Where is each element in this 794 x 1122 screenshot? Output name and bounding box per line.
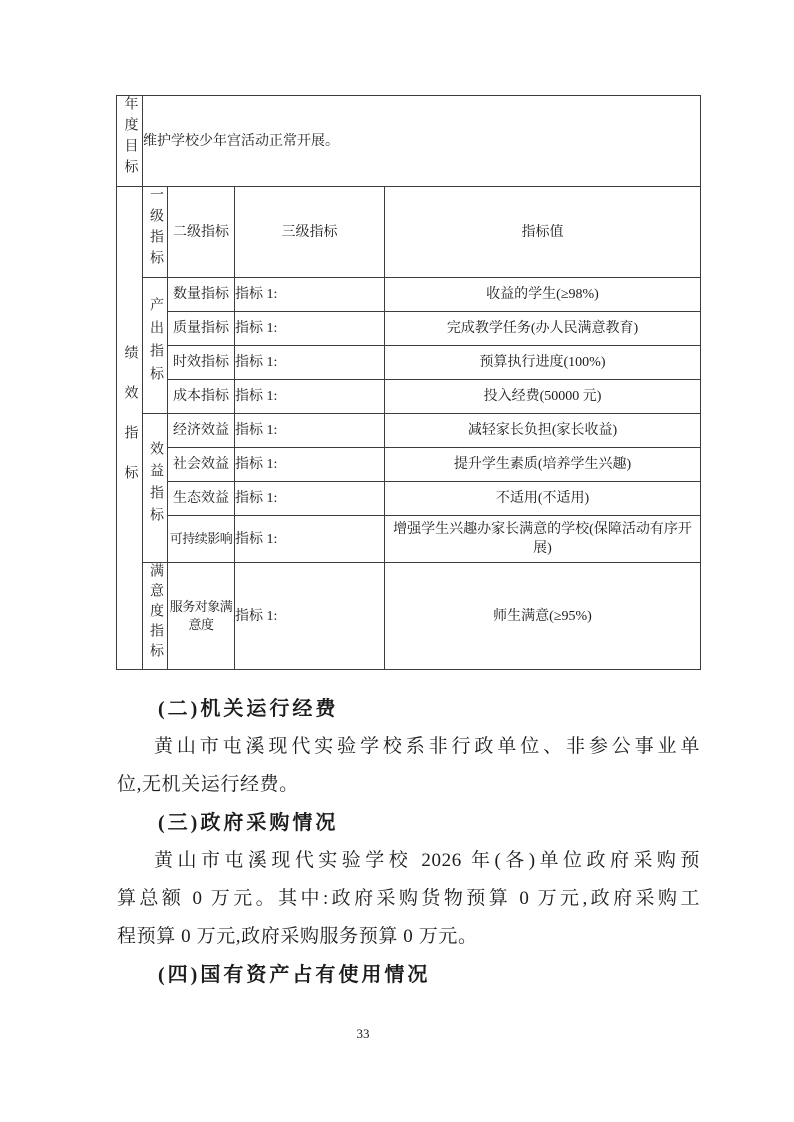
page-number: 33 [0,1026,726,1042]
indicator-seq-cell: 指标 1: [235,482,385,516]
indicator-value-cell: 投入经费(50000 元) [385,380,701,414]
table-row: 产出指标 数量指标 指标 1: 收益的学生(≥98%) [117,278,701,312]
group-label-satisfaction-cell: 满意度指标 [143,563,168,670]
document-page: 年度目标 维护学校少年宫活动正常开展。 绩效指标 一级指标 二级指标 三级指标 … [0,0,794,1122]
indicator-value-cell: 收益的学生(≥98%) [385,278,701,312]
indicator-name-cell: 成本指标 [168,380,235,414]
indicator-seq-cell: 指标 1: [235,346,385,380]
level2-header: 二级指标 [168,187,235,278]
table-row: 效益指标 经济效益 指标 1: 减轻家长负担(家长收益) [117,414,701,448]
indicator-name-cell: 可持续影响 [168,516,235,563]
indicator-name-cell: 时效指标 [168,346,235,380]
indicator-name-cell: 生态效益 [168,482,235,516]
indicator-value-cell: 减轻家长负担(家长收益) [385,414,701,448]
group-label-benefit-cell: 效益指标 [143,414,168,563]
body-text: (二)机关运行经费 黄山市屯溪现代实验学校系非行政单位、非参公事业单 位,无机关… [117,690,700,994]
indicator-seq-cell: 指标 1: [235,414,385,448]
table-row: 生态效益 指标 1: 不适用(不适用) [117,482,701,516]
annual-target-text: 维护学校少年宫活动正常开展。 [143,96,701,187]
indicator-name-cell: 数量指标 [168,278,235,312]
level1-header: 一级指标 [148,187,162,271]
group-label-output-cell: 产出指标 [143,278,168,414]
table-row: 成本指标 指标 1: 投入经费(50000 元) [117,380,701,414]
indicator-value-cell: 提升学生素质(培养学生兴趣) [385,448,701,482]
group-label-output: 产出指标 [148,297,162,389]
indicator-name-cell: 社会效益 [168,448,235,482]
value-header: 指标值 [385,187,701,278]
body-line: 位,无机关运行经费。 [117,766,700,804]
section-3-heading: (三)政府采购情况 [117,804,700,842]
performance-indicator-label: 绩效指标 [123,345,137,505]
table-row: 满意度指标 服务对象满意度 指标 1: 师生满意(≥95%) [117,563,701,670]
indicator-seq-cell: 指标 1: [235,448,385,482]
table-row: 可持续影响 指标 1: 增强学生兴趣办家长满意的学校(保障活动有序开展) [117,516,701,563]
table-row: 社会效益 指标 1: 提升学生素质(培养学生兴趣) [117,448,701,482]
table-row: 年度目标 维护学校少年宫活动正常开展。 [117,96,701,187]
section-2-heading: (二)机关运行经费 [117,690,700,728]
body-line: 程预算 0 万元,政府采购服务预算 0 万元。 [117,918,700,956]
indicator-name-cell: 经济效益 [168,414,235,448]
group-label-benefit: 效益指标 [148,441,162,529]
body-line: 黄山市屯溪现代实验学校 2026 年(各)单位政府采购预 [117,842,700,880]
performance-indicator-label-cell: 绩效指标 [117,187,143,670]
indicator-name-cell: 质量指标 [168,312,235,346]
indicator-name-cell: 服务对象满意度 [168,563,235,670]
level1-header-cell: 一级指标 [143,187,168,278]
body-line: 黄山市屯溪现代实验学校系非行政单位、非参公事业单 [117,728,700,766]
body-line: 算总额 0 万元。其中:政府采购货物预算 0 万元,政府采购工 [117,880,700,918]
table-row: 质量指标 指标 1: 完成教学任务(办人民满意教育) [117,312,701,346]
indicator-seq-cell: 指标 1: [235,278,385,312]
annual-target-label: 年度目标 [123,96,137,180]
indicator-value-cell: 增强学生兴趣办家长满意的学校(保障活动有序开展) [385,516,701,563]
indicator-seq-cell: 指标 1: [235,380,385,414]
level3-header: 三级指标 [235,187,385,278]
annual-target-label-cell: 年度目标 [117,96,143,187]
indicator-seq-cell: 指标 1: [235,312,385,346]
indicator-value-cell: 完成教学任务(办人民满意教育) [385,312,701,346]
performance-indicator-table: 年度目标 维护学校少年宫活动正常开展。 绩效指标 一级指标 二级指标 三级指标 … [116,95,701,670]
indicator-seq-cell: 指标 1: [235,563,385,670]
indicator-value-cell: 预算执行进度(100%) [385,346,701,380]
table-header-row: 绩效指标 一级指标 二级指标 三级指标 指标值 [117,187,701,278]
section-4-heading: (四)国有资产占有使用情况 [117,956,700,994]
indicator-value-cell: 师生满意(≥95%) [385,563,701,670]
indicator-seq-cell: 指标 1: [235,516,385,563]
group-label-satisfaction: 满意度指标 [148,563,162,663]
indicator-value-cell: 不适用(不适用) [385,482,701,516]
table-row: 时效指标 指标 1: 预算执行进度(100%) [117,346,701,380]
